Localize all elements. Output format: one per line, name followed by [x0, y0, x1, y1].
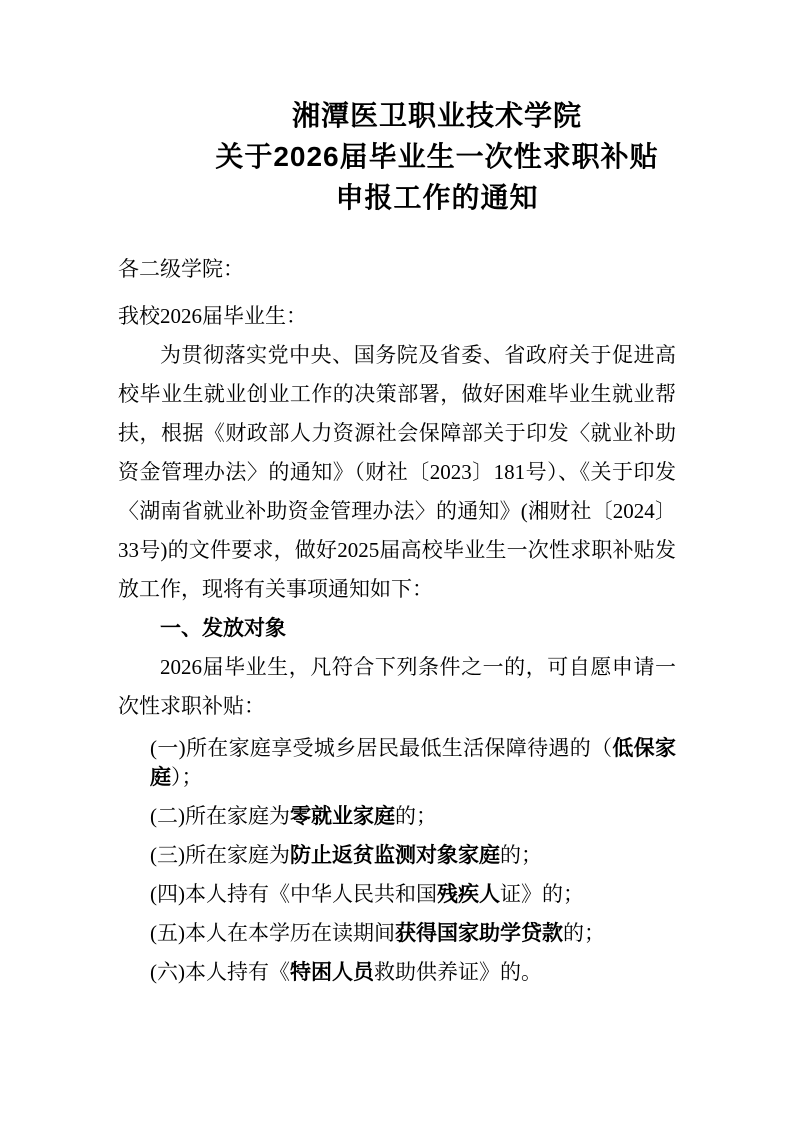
condition-item-6: (六)本人持有《特困人员救助供养证》的。 — [150, 958, 676, 987]
condition-item-5: (五)本人在本学历在读期间获得国家助学贷款的； — [150, 919, 676, 948]
title-line-school: 湘潭医卫职业技术学院 — [198, 95, 676, 136]
condition-5-tail: 的； — [563, 921, 605, 945]
condition-item-4: (四)本人持有《中华人民共和国残疾人证》的； — [150, 880, 676, 909]
condition-6-tail: 救助供养证》的。 — [374, 960, 542, 984]
salutation-departments: 各二级学院： — [118, 250, 676, 289]
condition-2-text: (二)所在家庭为 — [150, 804, 290, 828]
condition-6-bold: 特困人员 — [290, 961, 374, 984]
conditions-list: (一)所在家庭享受城乡居民最低生活保障待遇的（低保家庭）； (二)所在家庭为零就… — [118, 734, 676, 987]
document-title: 湘潭医卫职业技术学院 关于2026届毕业生一次性求职补贴 申报工作的通知 — [118, 95, 676, 218]
section-heading: 一、发放对象 — [118, 609, 676, 648]
condition-3-tail: 的； — [500, 843, 542, 867]
condition-3-text: (三)所在家庭为 — [150, 843, 290, 867]
condition-item-1: (一)所在家庭享受城乡居民最低生活保障待遇的（低保家庭）； — [150, 734, 676, 792]
condition-2-bold: 零就业家庭 — [290, 805, 395, 828]
title-line-subject: 关于2026届毕业生一次性求职补贴 — [198, 136, 676, 177]
intro-paragraph: 为贯彻落实党中央、国务院及省委、省政府关于促进高校毕业生就业创业工作的决策部署，… — [118, 336, 676, 609]
title-line-notice: 申报工作的通知 — [198, 177, 676, 218]
condition-4-bold: 残疾人 — [437, 883, 500, 906]
condition-4-text: (四)本人持有《中华人民共和国 — [150, 882, 437, 906]
salutation-graduates: 我校2026届毕业生： — [118, 297, 676, 336]
condition-item-2: (二)所在家庭为零就业家庭的； — [150, 802, 676, 831]
condition-item-3: (三)所在家庭为防止返贫监测对象家庭的； — [150, 841, 676, 870]
condition-1-tail: ）； — [171, 765, 203, 789]
condition-5-bold: 获得国家助学贷款 — [395, 922, 563, 945]
document-page: 湘潭医卫职业技术学院 关于2026届毕业生一次性求职补贴 申报工作的通知 各二级… — [0, 0, 793, 1122]
condition-4-tail: 证》的； — [500, 882, 584, 906]
condition-2-tail: 的； — [395, 804, 437, 828]
condition-6-text: (六)本人持有《 — [150, 960, 290, 984]
condition-5-text: (五)本人在本学历在读期间 — [150, 921, 395, 945]
section-intro: 2026届毕业生，凡符合下列条件之一的，可自愿申请一次性求职补贴： — [118, 648, 676, 726]
condition-3-bold: 防止返贫监测对象家庭 — [290, 844, 500, 867]
condition-1-text: (一)所在家庭享受城乡居民最低生活保障待遇的（ — [150, 736, 612, 760]
